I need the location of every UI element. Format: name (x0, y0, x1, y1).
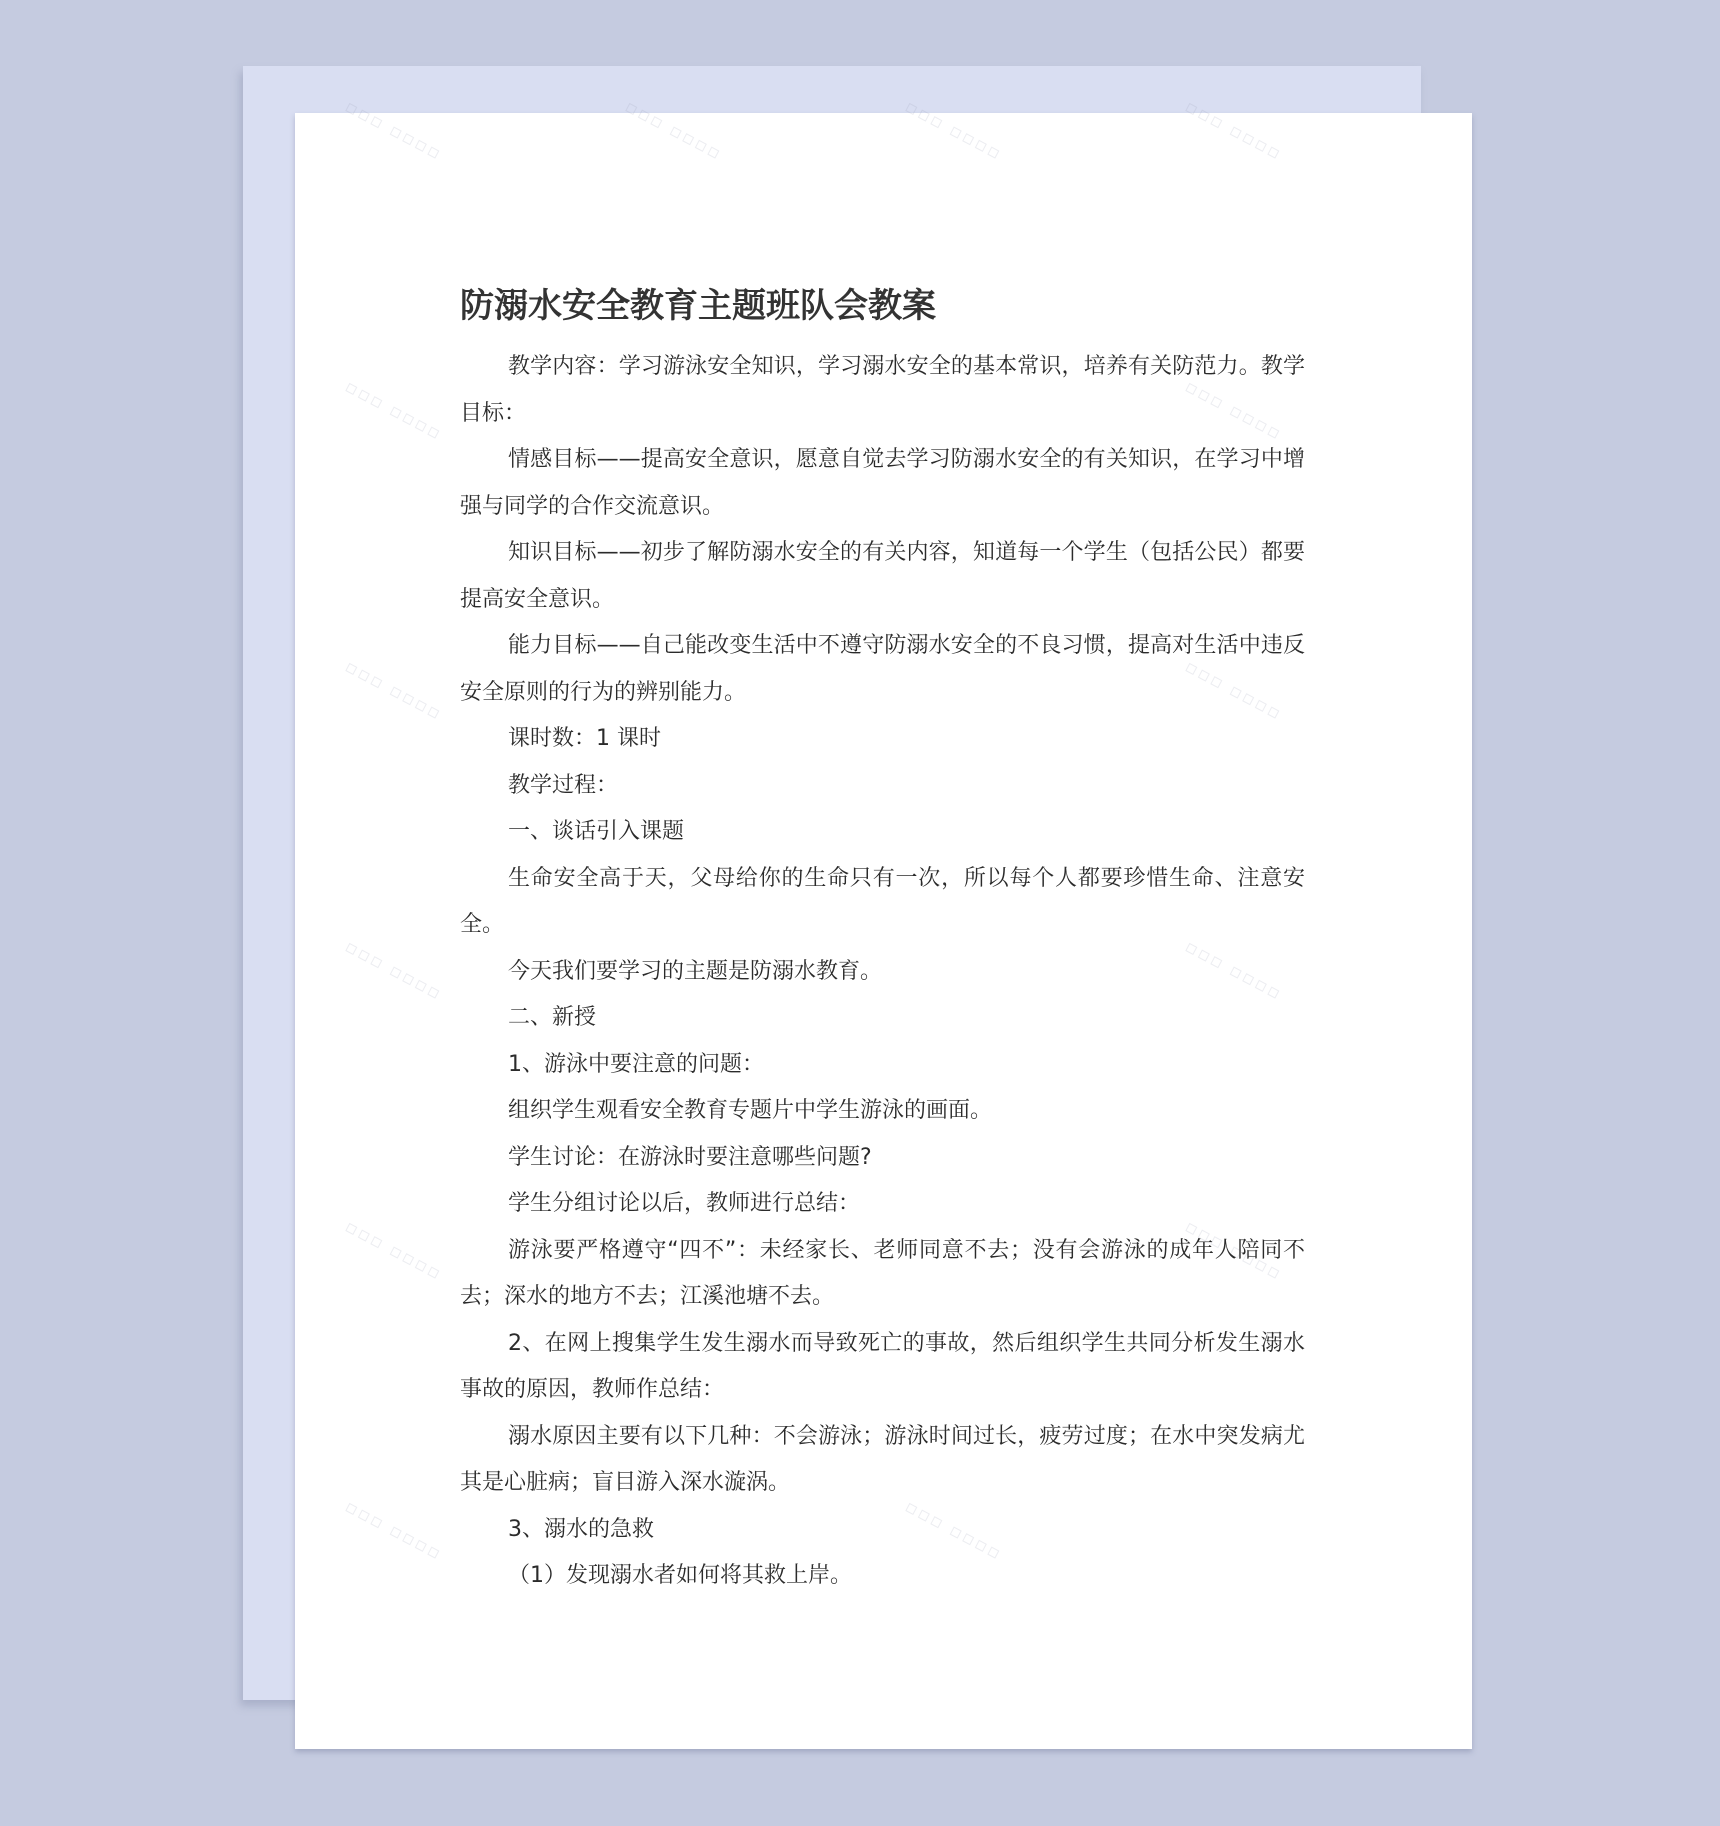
paragraph-teaching-content: 教学内容：学习游泳安全知识，学习溺水安全的基本常识，培养有关防范力。教学目标： (460, 344, 1305, 437)
paragraph-student-discussion: 学生讨论：在游泳时要注意哪些问题? (460, 1135, 1305, 1182)
subheading-swimming-issues: 1、游泳中要注意的问题： (460, 1042, 1305, 1089)
section-heading-new-lesson: 二、新授 (460, 995, 1305, 1042)
paragraph-process-heading: 教学过程： (460, 763, 1305, 810)
paragraph-accident-analysis: 2、在网上搜集学生发生溺水而导致死亡的事故，然后组织学生共同分析发生溺水事故的原… (460, 1321, 1305, 1414)
paragraph-ability-goal: 能力目标——自己能改变生活中不遵守防溺水安全的不良习惯，提高对生活中违反安全原则… (460, 623, 1305, 716)
section-heading-intro: 一、谈话引入课题 (460, 809, 1305, 856)
paragraph-knowledge-goal: 知识目标——初步了解防溺水安全的有关内容，知道每一个学生（包括公民）都要提高安全… (460, 530, 1305, 623)
paragraph-watch-video: 组织学生观看安全教育专题片中学生游泳的画面。 (460, 1088, 1305, 1135)
paragraph-today-topic: 今天我们要学习的主题是防溺水教育。 (460, 949, 1305, 996)
paragraph-four-nots: 游泳要严格遵守“四不”：未经家长、老师同意不去；没有会游泳的成年人陪同不去；深水… (460, 1228, 1305, 1321)
document-body: 防溺水安全教育主题班队会教案 教学内容：学习游泳安全知识，学习溺水安全的基本常识… (460, 280, 1305, 1600)
subheading-first-aid: 3、溺水的急救 (460, 1507, 1305, 1554)
paragraph-class-hours: 课时数：1 课时 (460, 716, 1305, 763)
paragraph-teacher-summary: 学生分组讨论以后，教师进行总结： (460, 1181, 1305, 1228)
paragraph-emotional-goal: 情感目标——提高安全意识，愿意自觉去学习防溺水安全的有关知识，在学习中增强与同学… (460, 437, 1305, 530)
paragraph-drowning-causes: 溺水原因主要有以下几种：不会游泳；游泳时间过长，疲劳过度；在水中突发病尤其是心脏… (460, 1414, 1305, 1507)
document-title: 防溺水安全教育主题班队会教案 (460, 280, 1305, 332)
paragraph-rescue-step-1: （1）发现溺水者如何将其救上岸。 (460, 1553, 1305, 1600)
paragraph-life-safety: 生命安全高于天，父母给你的生命只有一次，所以每个人都要珍惜生命、注意安全。 (460, 856, 1305, 949)
